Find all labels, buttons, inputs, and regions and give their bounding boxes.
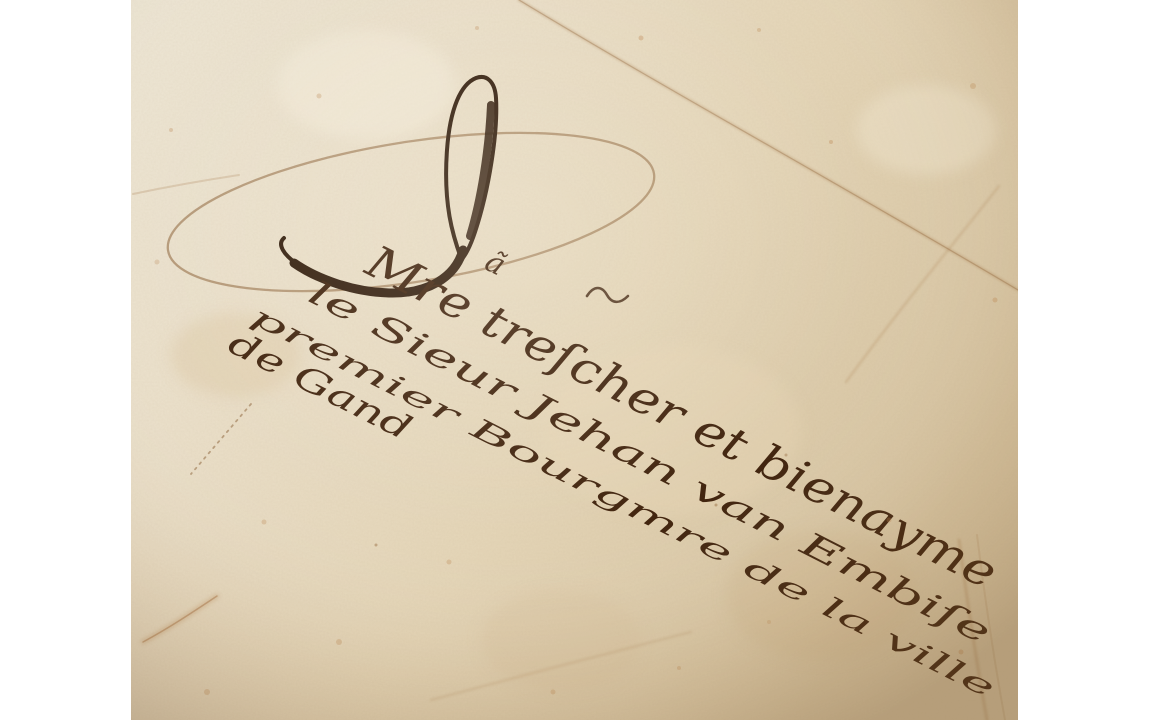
- page: ã Mre treſcher et bienayme le Sieur Jeha…: [0, 0, 1150, 720]
- manuscript-photo-svg: ã Mre treſcher et bienayme le Sieur Jeha…: [131, 0, 1018, 720]
- vignette-overlay: [131, 0, 1018, 720]
- manuscript-photo: ã Mre treſcher et bienayme le Sieur Jeha…: [131, 0, 1018, 720]
